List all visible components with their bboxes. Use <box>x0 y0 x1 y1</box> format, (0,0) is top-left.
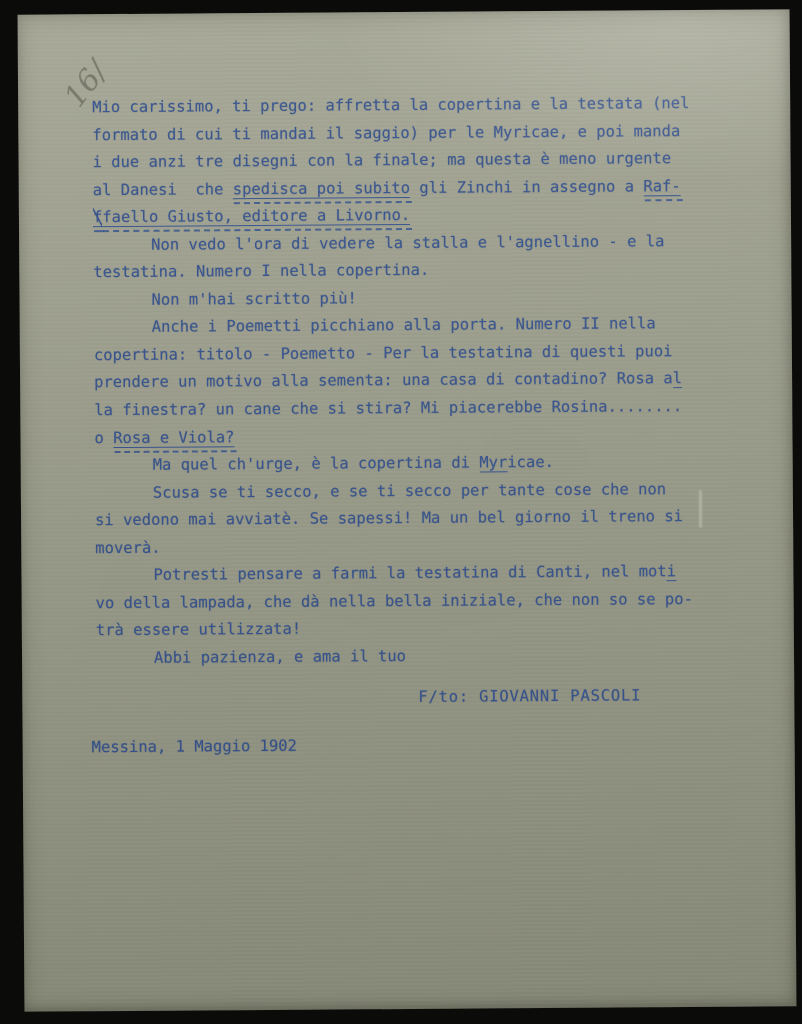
letter-text: vo della lampada, che dà nella bella ini… <box>96 590 693 612</box>
letter-line: Potresti pensare a farmi la testatina di… <box>95 558 735 590</box>
letter-text: Ma quel ch'urge, è la copertina di <box>153 454 480 474</box>
letter-line: testatina. Numero I nella copertina. <box>93 255 733 287</box>
letter-text: Abbi pazienza, e ama il tuo <box>154 647 406 667</box>
letter-text: al Danesi che <box>93 180 233 199</box>
letter-text: icae. <box>507 453 554 471</box>
letter-text: copertina: titolo - Poemetto - Per la te… <box>94 342 673 364</box>
letter-line: trà essere utilizzata! <box>96 613 736 645</box>
letter-line: Mio carissimo, ti prego: affretta la cop… <box>92 90 732 122</box>
letter-text: trà essere utilizzata! <box>96 620 301 639</box>
letter-line: vo della lampada, che dà nella bella ini… <box>96 586 736 618</box>
letter-text: gli Zinchi in assegno a <box>410 177 643 197</box>
letter-line: la finestra? un cane che si stira? Mi pi… <box>94 393 734 425</box>
letter-text: prendere un motivo alla sementa: una cas… <box>94 370 673 392</box>
letter-text: Scusa se ti secco, e se ti secco per tan… <box>153 480 666 502</box>
signature-line: F/to: GIOVANNI PASCOLI <box>418 686 641 706</box>
letter-line: prendere un motivo alla sementa: una cas… <box>94 365 734 397</box>
letter-text: Non vedo l'ora di vedere la stalla e l'a… <box>151 232 664 254</box>
underlined-text: Raf- <box>643 177 680 196</box>
letter-line: o Rosa e Viola? <box>94 420 734 452</box>
paper-scratch-mark <box>699 490 702 528</box>
letter-text: Non m'hai scritto più! <box>151 289 356 308</box>
letter-line: al Danesi che spedisca poi subito gli Zi… <box>93 172 733 204</box>
letter-line: Anche i Poemetti picchiano alla porta. N… <box>94 310 734 342</box>
letter-line: si vedono mai avviatè. Se sapessi! Ma un… <box>95 503 735 535</box>
letter-line: copertina: titolo - Poemetto - Per la te… <box>94 338 734 370</box>
letter-page: 16/ Mio carissimo, ti prego: affretta la… <box>18 9 797 1011</box>
photo-background: 16/ Mio carissimo, ti prego: affretta la… <box>0 0 802 1024</box>
letter-line: Non m'hai scritto più! <box>93 283 733 315</box>
underlined-text: spedisca poi subito <box>233 179 410 199</box>
underlined-text: Rosa e Viola? <box>113 428 234 448</box>
letter-text: si vedono mai avviatè. Se sapessi! Ma un… <box>95 507 683 529</box>
letter-text: la finestra? un cane che si stira? Mi pi… <box>94 397 682 419</box>
letter-text: o <box>94 429 113 447</box>
letter-text: formato di cui ti mandai il saggio) per … <box>92 122 680 144</box>
letter-line: i due anzi tre disegni con la finale; ma… <box>92 145 732 177</box>
underlined-text: l <box>673 370 682 389</box>
letter-text: i due anzi tre disegni con la finale; ma… <box>92 149 671 171</box>
letter-line: Non vedo l'ora di vedere la stalla e l'a… <box>93 227 733 259</box>
letter-text: Potresti pensare a farmi la testatina di… <box>153 562 666 584</box>
letter-text: Mio carissimo, ti prego: affretta la cop… <box>92 94 689 116</box>
letter-line: formato di cui ti mandai il saggio) per … <box>92 117 732 149</box>
underlined-text: i <box>667 562 676 581</box>
letter-line: Abbi pazienza, e ama il tuo <box>96 641 736 673</box>
letter-text: Anche i Poemetti picchiano alla porta. N… <box>152 315 656 337</box>
letter-line: ffaello Giusto, editore a Livorno. <box>93 200 733 232</box>
letter-line: moverà. <box>95 530 735 562</box>
underlined-text: Myr <box>479 453 507 472</box>
letter-text: testatina. Numero I nella copertina. <box>93 261 429 281</box>
letter-body: Mio carissimo, ti prego: affretta la cop… <box>92 90 736 673</box>
dateline: Messina, 1 Maggio 1902 <box>92 737 297 756</box>
underlined-text: faello Giusto, editore a Livorno. <box>102 206 410 227</box>
letter-text: moverà. <box>95 538 160 556</box>
